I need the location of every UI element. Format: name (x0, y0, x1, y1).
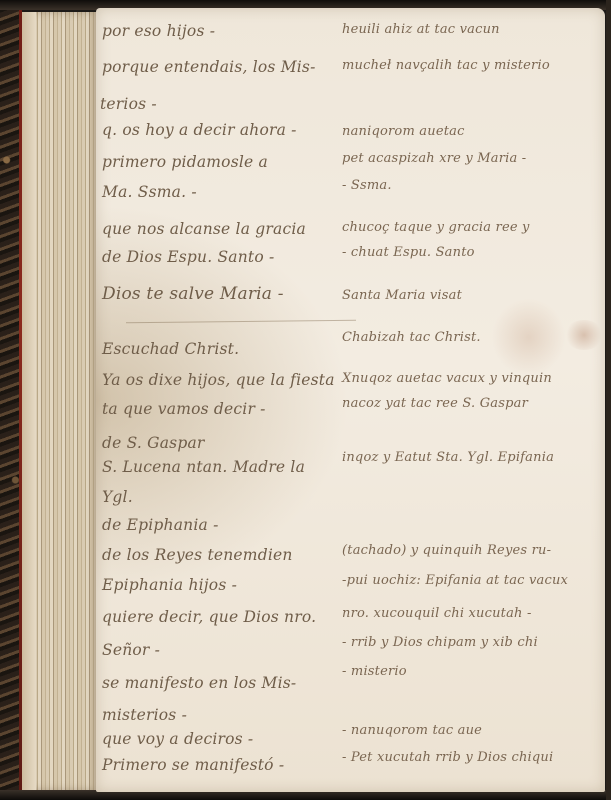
mayan-line: Chabizah tac Christ. (342, 330, 481, 345)
mayan-line: nro. xucouquil chi xucutah - (342, 606, 532, 621)
spanish-line: quiere decir, que Dios nro. (102, 608, 316, 626)
spanish-line: de Dios Espu. Santo - (102, 248, 274, 266)
spanish-line: por eso hijos - (102, 22, 215, 40)
mayan-line: Xnuqoz auetac vacux y vinquin (342, 371, 552, 386)
spanish-line: Ygl. (102, 488, 133, 506)
spanish-line: Ma. Ssma. - (102, 183, 197, 201)
book-cover-right-edge (606, 0, 611, 800)
mayan-line: (tachado) y quinquih Reyes ru- (342, 543, 551, 558)
spanish-line: Primero se manifestó - (102, 756, 284, 774)
book-cover-left-edge (0, 0, 22, 800)
manuscript-page: por eso hijos - heuili ahiz at tac vacun… (96, 8, 605, 792)
spanish-line: q. os hoy a decir ahora - (102, 121, 297, 139)
spanish-line: Epiphania hijos - (102, 576, 237, 594)
mayan-line: - nanuqorom tac aue (342, 723, 482, 738)
spanish-line: de Epiphania - (102, 516, 219, 534)
mayan-line: - Ssma. (342, 178, 392, 193)
spanish-line: primero pidamosle a (102, 153, 268, 171)
spanish-line: porque entendais, los Mis- (102, 58, 316, 76)
spanish-line: que nos alcanse la gracia (102, 220, 306, 238)
mayan-line: mucheł navçalih tac y misterio (342, 58, 550, 73)
ink-stain (564, 320, 604, 350)
mayan-line: - rrib y Dios chipam y xib chi (342, 635, 538, 650)
spanish-line: de S. Gaspar (102, 434, 205, 452)
spanish-line: Ya os dixe hijos, que la fiesta (102, 371, 335, 389)
mayan-line: chucoç taque y gracia ree y (342, 220, 530, 235)
divider-line (126, 320, 356, 323)
mayan-line: naniqorom auetac (342, 124, 465, 139)
spanish-line: de los Reyes tenemdien (102, 546, 293, 564)
mayan-line: heuili ahiz at tac vacun (342, 22, 500, 37)
spanish-line: se manifesto en los Mis- (102, 674, 296, 692)
mayan-line: nacoz yat tac ree S. Gaspar (342, 396, 528, 411)
mayan-line: inqoz y Eatut Sta. Ygl. Epifania (342, 450, 554, 465)
spanish-line: Señor - (102, 641, 160, 659)
page-stack-edges (22, 12, 100, 790)
spanish-line: Escuchad Christ. (102, 340, 239, 358)
mayan-line: - Pet xucutah rrib y Dios chiqui (342, 750, 553, 765)
spanish-line: terios - (100, 95, 157, 113)
spanish-line: Dios te salve Maria - (102, 284, 284, 304)
mayan-line: - misterio (342, 664, 407, 679)
spanish-line: S. Lucena ntan. Madre la (102, 458, 305, 476)
mayan-line: -pui uochiz: Epifania at tac vacux (342, 573, 568, 588)
manuscript-scan: por eso hijos - heuili ahiz at tac vacun… (0, 0, 611, 800)
spanish-line: que voy a deciros - (102, 730, 253, 748)
spanish-line: misterios - (102, 706, 187, 724)
mayan-line: Santa Maria visat (342, 288, 462, 303)
mayan-line: pet acaspizah xre y Maria - (342, 151, 526, 166)
spanish-line: ta que vamos decir - (102, 400, 266, 418)
mayan-line: - chuat Espu. Santo (342, 245, 475, 260)
